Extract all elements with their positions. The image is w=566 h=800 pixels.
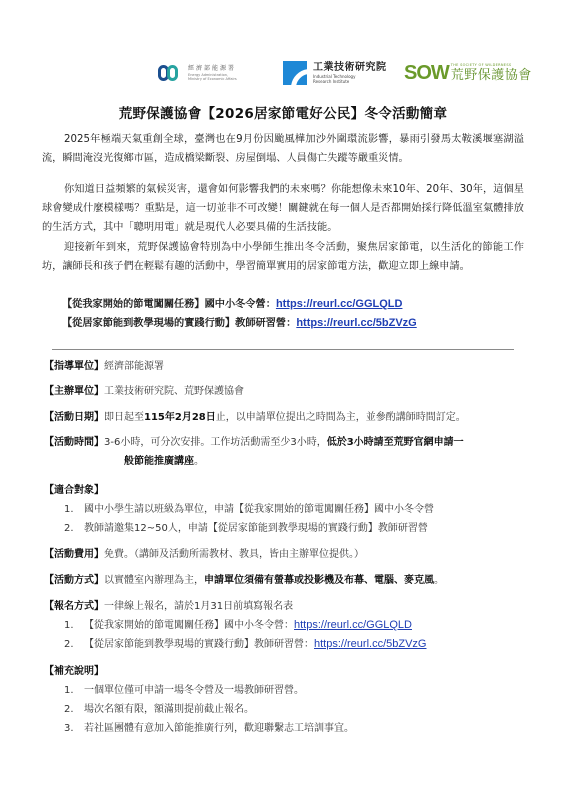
field-label: 【指導單位】 [44, 361, 104, 372]
intro-paragraph-2: 你知道日益頻繁的氣候災害，還會如何影響我們的未來嗎？你能想像未來10年、20年、… [42, 180, 524, 237]
itri-name-en-2: Research Institute [313, 79, 387, 84]
list-item: 3.若社區團體有意加入節能推廣行列，歡迎聯繫志工培訓事宜。 [64, 719, 524, 738]
itri-logo: 工業技術研究院 Industrial Technology Research I… [283, 58, 387, 88]
moea-logo: 經濟部能源署 Energy Administration, Ministry o… [158, 58, 237, 88]
list-text: 【從居家節能到教學現場的實踐行動】教師研習營： [84, 635, 314, 654]
field-host-unit: 【主辦單位】工業技術研究院、荒野保護協會 [44, 382, 524, 401]
list-number: 1. [64, 616, 84, 635]
list-item: 2.教師請邀集12~50人，申請【從居家節能到教學現場的實踐行動】教師研習營 [64, 519, 524, 538]
sow-logo-icon: SOW [404, 62, 449, 84]
list-text: 若社區團體有意加入節能推廣行列，歡迎聯繫志工培訓事宜。 [84, 719, 354, 738]
list-number: 1. [64, 681, 84, 700]
camp-signup-link-2[interactable]: https://reurl.cc/GGLQLD [294, 616, 412, 635]
field-fee: 【活動費用】免費。（講師及活動所需教材、教具，皆由主辦單位提供。） [44, 545, 524, 564]
list-number: 2. [64, 700, 84, 719]
field-event-date: 【活動日期】即日起至115年2月28日止，以申請單位提出之時間為主，並參酌講師時… [44, 408, 524, 427]
camp-link-label: 【從我家開始的節電闖關任務】國中小冬令營： [62, 299, 276, 310]
field-target-audience: 【適合對象】 [44, 481, 524, 500]
list-text: 【從我家開始的節電闖關任務】國中小冬令營： [84, 616, 294, 635]
camp-link-line: 【從我家開始的節電闖關任務】國中小冬令營：https://reurl.cc/GG… [62, 295, 402, 314]
list-text: 國中小學生請以班級為單位，申請【從我家開始的節電闖關任務】國中小冬令營 [84, 500, 434, 519]
list-item: 1.一個單位僅可申請一場冬令營及一場教師研習營。 [64, 681, 524, 700]
moea-name-en-2: Ministry of Economic Affairs [188, 77, 237, 82]
intro-paragraph-3: 迎接新年到來，荒野保護協會特別為中小學師生推出冬令活動，聚焦居家節電，以生活化的… [42, 238, 524, 276]
list-item: 1.【從我家開始的節電闖關任務】國中小冬令營：https://reurl.cc/… [64, 616, 524, 635]
list-number: 2. [64, 519, 84, 538]
page-title: 荒野保護協會【2026居家節電好公民】冬令活動簡章 [0, 102, 566, 122]
camp-signup-link[interactable]: https://reurl.cc/GGLQLD [276, 298, 403, 310]
field-label: 【活動時間】 [44, 437, 104, 448]
field-method: 【活動方式】以實體室內辦理為主，申請單位須備有螢幕或投影機及布幕、電腦、麥克風。 [44, 571, 524, 590]
list-number: 2. [64, 635, 84, 654]
list-item: 2.場次名額有限，額滿則提前截止報名。 [64, 700, 524, 719]
field-value-end: 。 [194, 456, 204, 467]
field-value-bold: 低於3小時請至荒野官網申請一 [327, 437, 464, 448]
notes-list: 1.一個單位僅可申請一場冬令營及一場教師研習營。 2.場次名額有限，額滿則提前截… [64, 681, 524, 738]
teacher-link-label: 【從居家節能到教學現場的實踐行動】教師研習營： [62, 318, 296, 329]
list-number: 3. [64, 719, 84, 738]
list-item: 1.國中小學生請以班級為單位，申請【從我家開始的節電闖關任務】國中小冬令營 [64, 500, 524, 519]
field-label: 【活動方式】 [44, 575, 104, 586]
field-label: 【報名方式】 [44, 601, 104, 612]
field-value: 一律線上報名，請於1月31日前填寫報名表 [104, 601, 293, 612]
intro-paragraph-1: 2025年極端天氣重創全球，臺灣也在9月份因颱風樺加沙外圍環流影響，暴雨引發馬太… [42, 130, 524, 168]
field-guide-unit: 【指導單位】經濟部能源署 [44, 357, 524, 376]
field-label: 【活動費用】 [44, 549, 104, 560]
teacher-signup-link-2[interactable]: https://reurl.cc/5bZVzG [314, 635, 426, 654]
moea-name-zh: 經濟部能源署 [188, 65, 237, 73]
field-label: 【活動日期】 [44, 412, 104, 423]
sow-name-zh: 荒野保護協會 [451, 68, 532, 83]
field-value: 3-6小時，可分次安排。工作坊活動需至少3小時， [104, 437, 327, 448]
target-list: 1.國中小學生請以班級為單位，申請【從我家開始的節電闖關任務】國中小冬令營 2.… [64, 500, 524, 538]
field-value-rest: 止，以申請單位提出之時間為主，並參酌講師時間訂定。 [216, 412, 466, 423]
sow-logo: SOW THE SOCIETY OF WILDERNESS 荒野保護協會 [404, 58, 532, 88]
deadline-date: 115年2月28日 [144, 412, 216, 423]
field-value: 以實體室內辦理為主， [104, 575, 204, 586]
moea-logo-icon [158, 64, 180, 82]
field-label: 【主辦單位】 [44, 386, 104, 397]
field-value: 工業技術研究院、荒野保護協會 [104, 386, 244, 397]
field-value: 即日起至 [104, 412, 144, 423]
itri-logo-icon [283, 61, 307, 85]
itri-name-zh: 工業技術研究院 [313, 62, 387, 74]
divider [52, 349, 514, 350]
list-text: 一個單位僅可申請一場冬令營及一場教師研習營。 [84, 681, 304, 700]
teacher-link-line: 【從居家節能到教學現場的實踐行動】教師研習營：https://reurl.cc/… [62, 314, 417, 333]
field-notes: 【補充說明】 [44, 662, 524, 681]
field-value-bold: 申請單位須備有螢幕或投影機及布幕、電腦、麥克風 [204, 575, 434, 586]
signup-list: 1.【從我家開始的節電闖關任務】國中小冬令營：https://reurl.cc/… [64, 616, 524, 654]
field-value-bold-cont: 般節能推廣講座 [124, 456, 194, 467]
field-signup: 【報名方式】一律線上報名，請於1月31日前填寫報名表 [44, 597, 524, 616]
list-item: 2.【從居家節能到教學現場的實踐行動】教師研習營：https://reurl.c… [64, 635, 524, 654]
field-value: 經濟部能源署 [104, 361, 164, 372]
logo-bar: 經濟部能源署 Energy Administration, Ministry o… [0, 58, 566, 88]
field-label: 【適合對象】 [44, 485, 104, 496]
field-label: 【補充說明】 [44, 666, 104, 677]
list-number: 1. [64, 500, 84, 519]
list-text: 教師請邀集12~50人，申請【從居家節能到教學現場的實踐行動】教師研習營 [84, 519, 428, 538]
teacher-signup-link[interactable]: https://reurl.cc/5bZVzG [296, 317, 416, 329]
field-value-end: 。 [434, 575, 444, 586]
field-event-time: 【活動時間】3-6小時，可分次安排。工作坊活動需至少3小時，低於3小時請至荒野官… [44, 433, 524, 471]
list-text: 場次名額有限，額滿則提前截止報名。 [84, 700, 254, 719]
field-value: 免費。（講師及活動所需教材、教具，皆由主辦單位提供。） [104, 549, 364, 560]
